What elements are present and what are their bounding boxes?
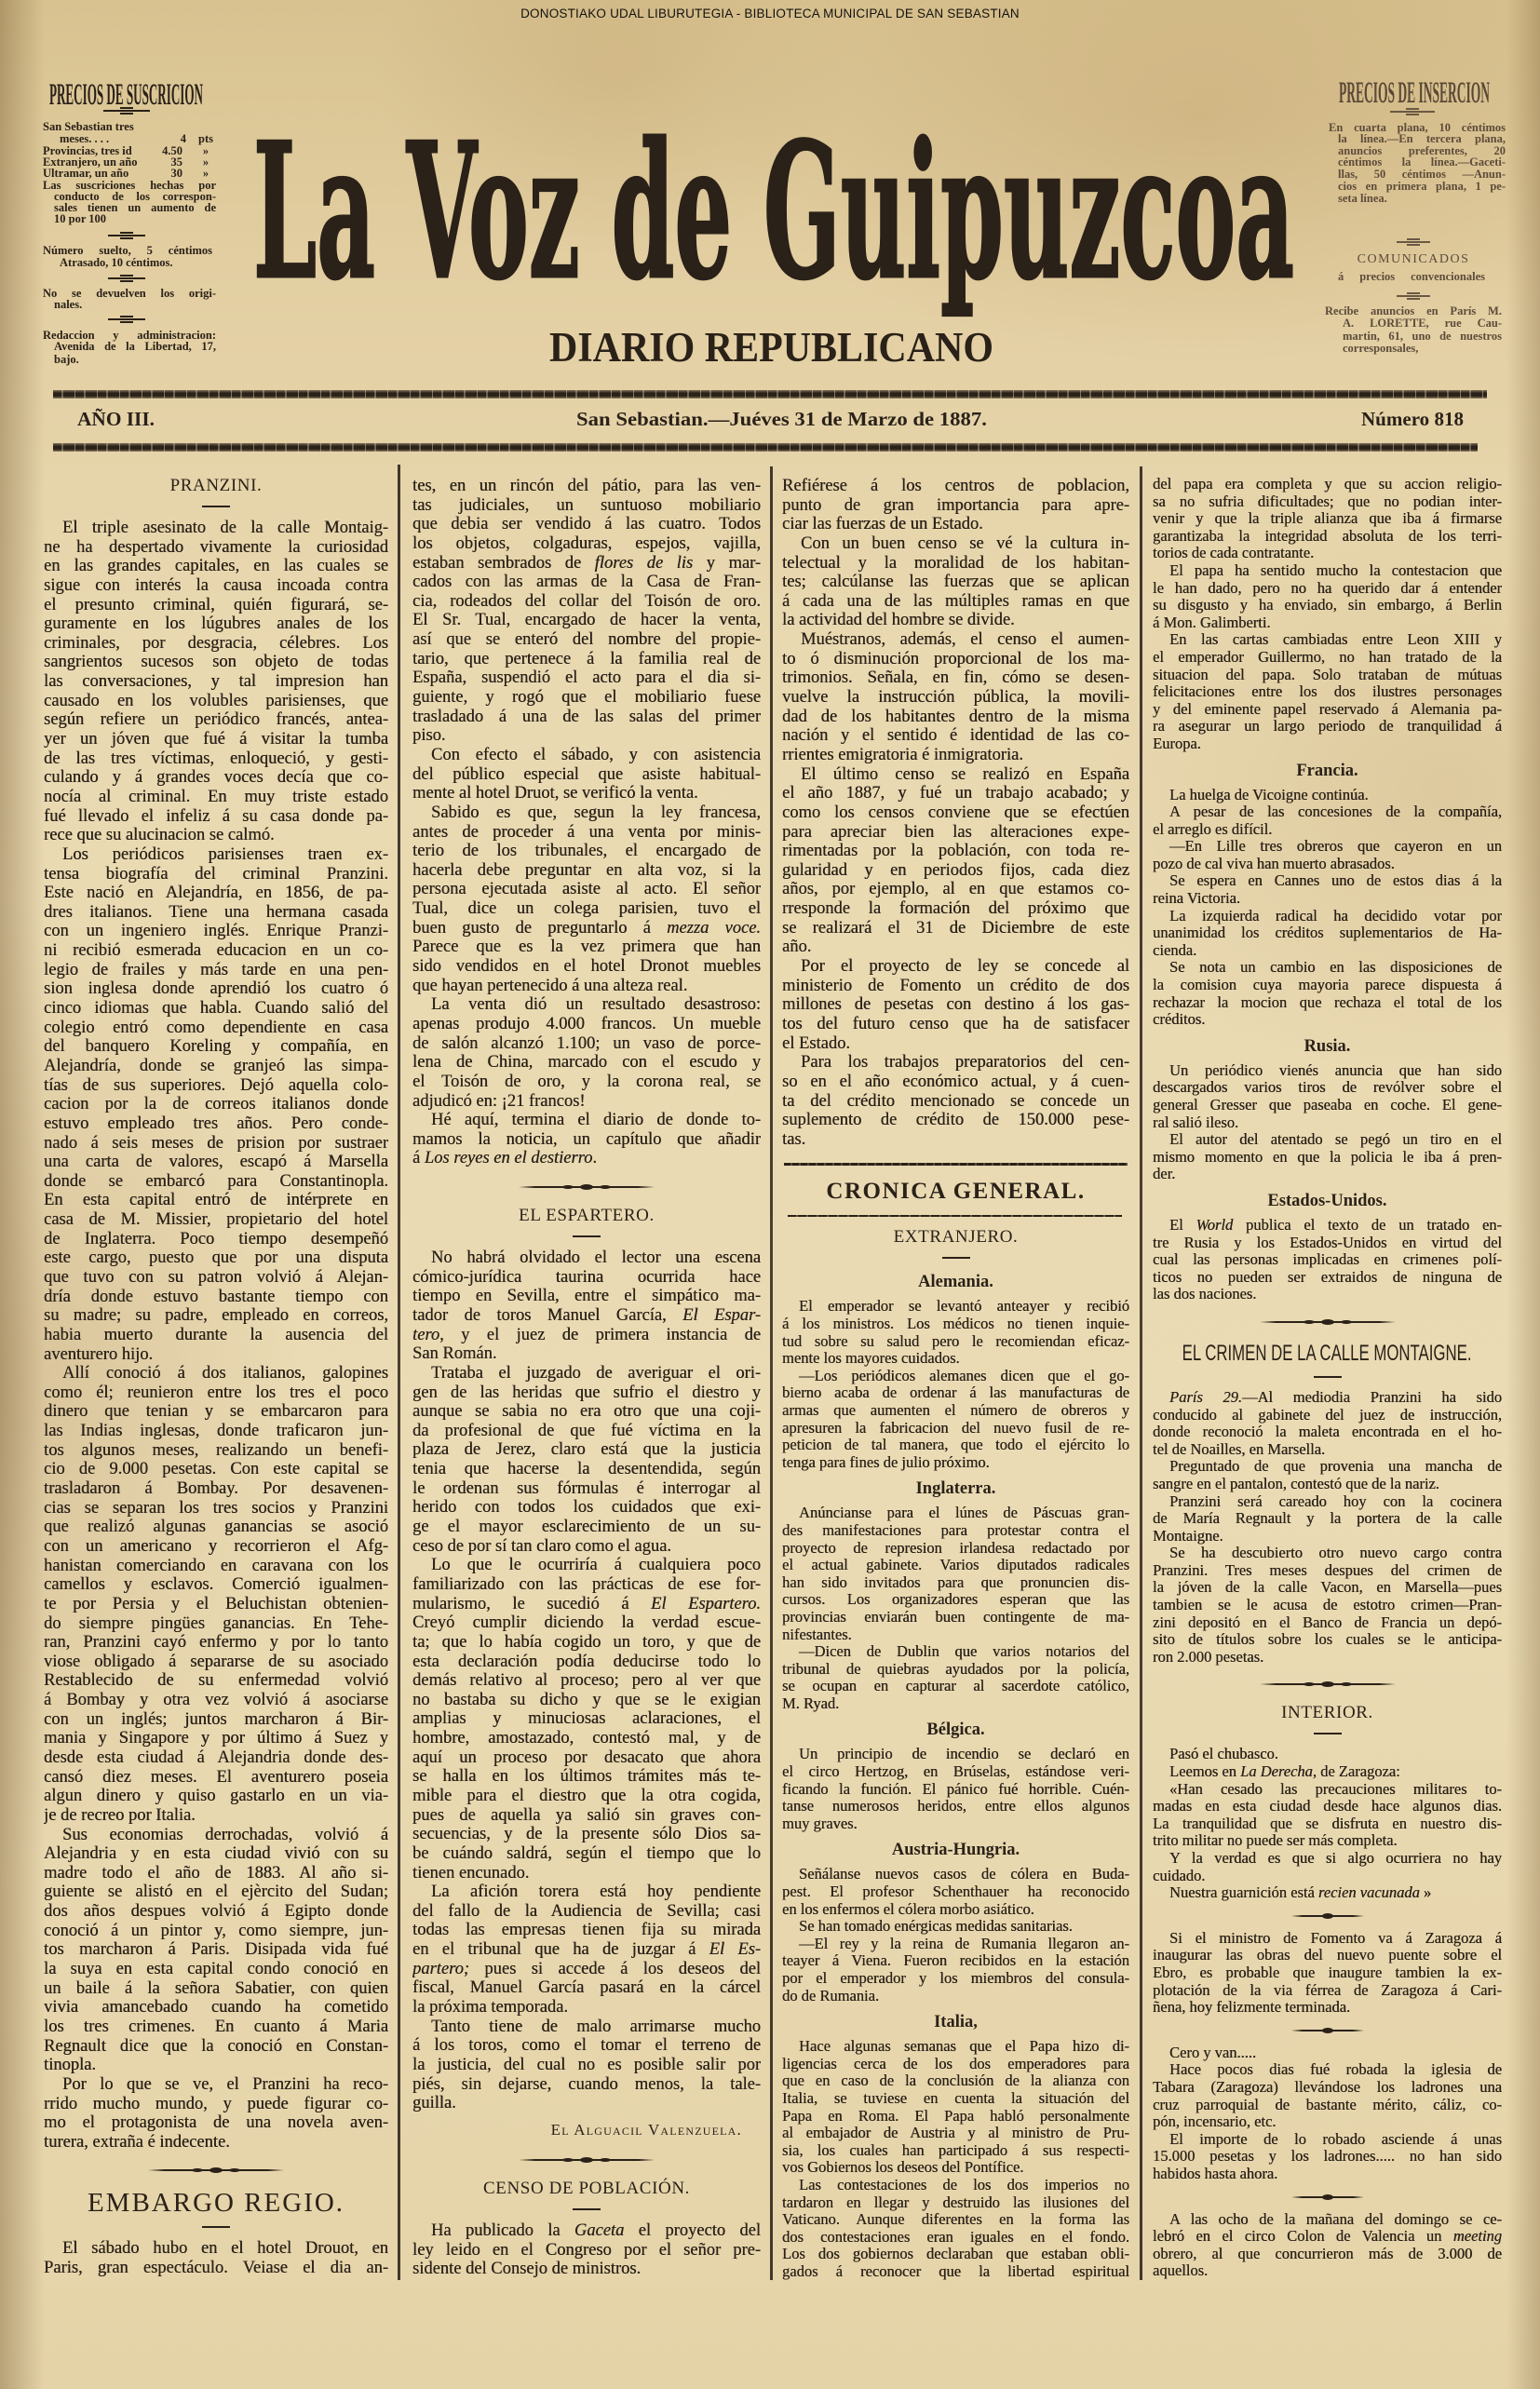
text-line: dría donde estuvo bastante tiempo con [44,1288,388,1307]
section-subheading-text: Inglaterra. [916,1479,996,1498]
heading-rule [412,2199,761,2220]
text-line: Refiérese á los centros de poblacion, [782,477,1129,496]
text-line: ticos no pueden ser extraidos de ninguna… [1153,1269,1502,1287]
article-heading-text: EMBARGO REGIO. [88,2188,344,2218]
text-line: cio de 9.000 pesetas. Con este capital s… [44,1460,388,1479]
text-line: á los toros, como el tomar el terreno de [412,2036,761,2056]
text-line: habidos hasta ahora. [1153,2166,1502,2183]
text-line: España, suspendió el acto para el dia si… [412,668,761,688]
paragraph: Por el proyecto de ley se concede almini… [782,957,1129,1053]
text-line: sion inglesa donde aprendió los cuatro ó [44,979,388,999]
text-line: vos Gobiernos los deseos del Pontífice. [782,2159,1129,2177]
text-line: En las cartas cambiadas entre Leon XIII … [1153,631,1502,649]
paragraph: La afición torera está hoy pendientedel … [412,1883,761,2017]
news-brief: A pesar de las concesiones de la compañí… [1153,803,1502,838]
text-line: los objetos, colgaduras, espejos, vajill… [412,534,761,554]
text-line: tías de sus superiores. Dejó aquella col… [44,1076,388,1096]
text-line: donde reconoció la maleta encontrada en … [1153,1424,1502,1441]
column-divider [1140,466,1142,2280]
text-line: Los periódicos parisienses traen ex- [44,845,388,865]
text-line: el actual gabinete. Varios diputados rad… [782,1557,1129,1574]
single-copy-price: Número suelto, 5 céntimos [43,245,212,257]
text-line: so en el año económico actual, y á cuen- [782,1073,1129,1092]
text-line: sangrientos sucesos son objeto de todas [44,653,388,672]
news-brief: Un principio de incendio se declaró enel… [782,1746,1129,1832]
section-subheading: Inglaterra. [782,1478,1129,1500]
text-line: apenas produjo 4.000 francos. Un mueble [412,1015,761,1034]
text-line: situacion del papa. Solo trataban de mút… [1153,667,1502,684]
heading-rule [44,2217,388,2237]
text-line: bierno acaba de ordenar á las manufactur… [782,1384,1129,1402]
text-line: tenia que hacerse la desentendida, según [412,1460,761,1479]
italic-text: meeting [1453,2228,1502,2245]
text-line: cual las personas implicadas en crimenes… [1153,1251,1502,1269]
text-line: mente al hotel Druot, se verificó la ven… [412,784,761,803]
text-line: estuvo empleado tres años. Pero conde- [44,1114,388,1134]
text-line: le han dado, pero no ha querido dar á en… [1153,580,1502,598]
text-line: para apreciar bien las alteraciones expe… [782,823,1129,843]
text-line: tas. [782,1130,1129,1150]
text-line: apresuren la fabricacion del nuevo fusil… [782,1420,1129,1437]
text-line: El papa ha sentido mucho la contestacion… [1153,562,1502,580]
italic-text: Gaceta [574,2221,624,2240]
text-line: del público especial que asiste habitual… [412,765,761,785]
news-brief: Se han tomado enérgicas medidas sanitari… [782,1918,1129,1936]
text-line: que hayan pertenecido á una alteza real. [412,977,761,996]
text-line: sido vendidos en el hotel Dronot muebles [412,957,761,977]
rate-label: Ultramar, un año [43,168,128,180]
office-address-line: bajo. [54,354,216,366]
bottom-decorative-rule [53,443,1478,452]
text-line: el Toisón de oro, y la corona real, se [412,1073,761,1092]
text-line: á Mon. Galimberti. [1153,614,1502,632]
section-subheading-text: Italia, [934,2013,978,2031]
text-line: ministerio de Fomento un crédito de dos [782,977,1129,996]
text-line: tel de Noailles, en Marsella. [1153,1441,1502,1459]
text-line: camellos y esclavos. Comerció igualmen- [44,1575,388,1595]
text-line: según refiere un periódico francés, ante… [44,710,388,730]
text-line: pozo de cal viva han muerto abrasados. [1153,856,1502,873]
text-line: como él; reunieron entre los tres el poc… [44,1383,388,1403]
text-line: tre Rusia y los Estados-Unidos en virtud… [1153,1235,1502,1252]
news-brief: Nuestra guarnición está recien vacunada … [1153,1884,1502,1902]
ornament-icon [1397,241,1430,243]
text-line: punto de gran importancia para apre- [782,496,1129,516]
text-line: al embajador de Austria y al ministro de… [782,2125,1129,2142]
text-line: á Los reyes en el destierro. [412,1149,761,1168]
section-subheading-text: Austria-Hungria. [892,1841,1020,1859]
text-line: desde esta ciudad á Alejandria donde des… [44,1748,388,1768]
text-line: general Gresser que paseaba en coche. El… [1153,1097,1502,1114]
text-line: San Román. [412,1344,761,1364]
text-line: rresponde la formación del próximo que [782,899,1129,919]
paragraph: Sabido es que, segun la ley francesa,ant… [412,803,761,995]
heading-rule [412,1226,761,1247]
text-line: las Indias inglesas, donde traficaron ju… [44,1422,388,1441]
text-line: cuidado. [1153,1868,1502,1885]
text-line: la próxima temporada. [412,1998,761,2018]
paragraph: Sus economias derrochadas, volvió áAleja… [44,1826,388,2075]
heading-rule [1153,1723,1502,1744]
text-line: habia muerto durante la ausencia del [44,1326,388,1345]
paragraph: Trataba el juzgado de averiguar el ori-g… [412,1364,761,1556]
text-line: Alejandria y en esta ciudad vivió con su [44,1844,388,1864]
ornament-icon [108,235,145,236]
italic-text: El Espar- [682,1306,761,1325]
text-line: cinco idiomas que habla. Cuando salió de… [44,999,388,1019]
text-line: da profesional de que fué víctima en la [412,1422,761,1441]
text-line: cienda. [1153,942,1502,960]
text-line: tas judiciales, un suntuoso mobiliario [412,496,761,516]
paris-agent-line: Recibe anuncios en París M. [1325,305,1502,317]
text-line: de María Regnault y la portera de la cal… [1153,1510,1502,1528]
italic-text: mezza voce. [667,919,761,938]
text-line: gen de las heridas que sufrio el diestro… [412,1383,761,1403]
text-line: Nuestra guarnición está recien vacunada … [1153,1884,1502,1902]
text-line: con un inglés; juntos marcharon á Bir- [44,1710,388,1730]
news-brief: Señálanse nuevos casos de cólera en Buda… [782,1866,1129,1918]
text-line: nifestantes. [782,1626,1129,1644]
text-line: tes, en un rincón del pátio, para las ve… [412,477,761,496]
text-line: á cada una de las múltiples ramas en que [782,592,1129,612]
ornament-icon [108,318,145,320]
text-line: Se ha descubierto otro nuevo cargo contr… [1153,1545,1502,1562]
text-line: el año 1887, y fué un trabajo acabado; y [782,784,1129,803]
news-brief: El papa ha sentido mucho la contestacion… [1153,562,1502,631]
text-line: tario, que pertenece á la familia real d… [412,650,761,669]
newspaper-title: La Voz de Guipuzcoa [253,102,1294,321]
news-brief: —El rey y la reina de Rumania llegaron a… [782,1936,1129,2004]
text-line: plaza de Jerez, claro está que la justic… [412,1440,761,1460]
text-line: felicitaciones entre los dos ilustres pe… [1153,683,1502,701]
news-brief: Se ha descubierto otro nuevo cargo contr… [1153,1545,1502,1666]
text-line: Hace algunas semanas que el Papa hizo di… [782,2038,1129,2056]
ornament-divider [1153,2183,1502,2211]
text-line: la comision cuya mayoria parece dispuest… [1153,977,1502,994]
paris-agent-line: corresponsales, [1343,343,1502,355]
text-line: piés, sin dejarse, cuando menos, la tale… [412,2075,761,2095]
text-line: rece que su alucinacion se calmó. [44,826,388,845]
text-line: Pranzini. Tres meses despues del crimen … [1153,1562,1502,1580]
text-line: gularidad y en periodos fijos, cada diez [782,861,1129,881]
text-line: el Estado. [782,1034,1129,1054]
paragraph: No habrá olvidado el lector una escenacó… [412,1248,761,1364]
text-line: tud sobre su salud pero le recomiendan e… [782,1333,1129,1351]
text-line: así que se enteró del nombre del propie- [412,630,761,650]
section-subheading: Rusia. [1153,1035,1502,1058]
text-line: Italia, se tuviese en cuenta la situació… [782,2090,1129,2108]
text-line: te por Persia y el Beluchistan obtenien- [44,1595,388,1614]
text-line: Por lo que se ve, el Pranzini ha reco- [44,2075,388,2095]
news-brief: Cero y van..... [1153,2045,1502,2062]
text-line: La afición torera está hoy pendiente [412,1883,761,1902]
text-line: ge el mayor esclarecimiento de un su- [412,1518,761,1537]
ornament-divider [44,2152,388,2189]
text-line: Europa. [1153,736,1502,753]
text-line: familiarizado con las prácticas de ese f… [412,1575,761,1595]
year-label: AÑO III. [77,408,155,430]
text-line: tos marcharon á Paris. Disipada vida fué [44,1940,388,1960]
text-line: —Los periódicos alemanes dicen que el go… [782,1368,1129,1385]
text-line: mente los mayores cuidados. [782,1350,1129,1368]
text-line: rechazar la mocion que rechaza el total … [1153,994,1502,1012]
heading-rule [1153,1367,1502,1387]
text-line: Ebro, es probable que inaugure tambien l… [1153,1964,1502,1982]
article-heading: EXTRANJERO. [782,1227,1129,1248]
text-line: ñena, hoy felizmente terminada. [1153,1999,1502,2017]
article-signature-text: El Alguacil Valenzuela. [551,2121,742,2139]
text-line: que tuvo con su patron volvió á Alejan- [44,1268,388,1288]
paragraph: El triple asesinato de la calle Montaig-… [44,519,388,845]
text-line: el arreglo es difícil. [1153,821,1502,839]
text-line: la actividad del hombre se divide. [782,611,1129,630]
text-line: venir y que la triple alianza que iba á … [1153,510,1502,528]
paris-agent-line: martin, 61, uno de nuestros [1343,331,1502,343]
ornament-divider [1153,1303,1502,1341]
section-banner-text: CRONICA GENERAL. [782,1149,1129,1206]
text-line: trimonios. Señala, en fin, cómo se desen… [782,668,1129,688]
section-subheading-text: Alemania. [918,1273,993,1291]
text-line: Y la verdad es que si algo ocurriera no … [1153,1850,1502,1868]
text-line: Parece que es la vez primera que han [412,938,761,957]
column-1: PRANZINI.El triple asesinato de la calle… [44,476,388,2278]
section-subheading: Alemania. [782,1271,1129,1293]
text-line: Señálanse nuevos casos de cólera en Buda… [782,1866,1129,1883]
text-line: nocía al criminal. En muy triste estado [44,788,388,807]
text-line: la suya en esta capital condo conoció en [44,1960,388,1979]
text-line: causado en los volubles parisienses, que [44,692,388,711]
text-line: de las tres víctimas, enloqueció, y gest… [44,749,388,769]
text-line: la jóven de la calle Vacon, en Marsella—… [1153,1579,1502,1597]
advertising-box-title: PRECIOS DE INSERCION [1322,74,1508,112]
text-line: el presunto criminal, quién figurará, se… [44,596,388,615]
text-line: La huelga de Vicoigne continúa. [1153,787,1502,804]
text-line: el emperador Guillermo, no han tratado d… [1153,649,1502,667]
text-line: sangre en el pantalon, contestó que de l… [1153,1476,1502,1493]
text-line: El World publica el texto de un tratado … [1153,1217,1502,1235]
text-line: muy graves. [782,1815,1129,1833]
text-line: dos años despues volvió á Egipto donde [44,1902,388,1922]
text-line: turera, extraña é indecente. [44,2133,388,2153]
article-heading: EL ESPARTERO. [412,1206,761,1226]
paragraph: Ha publicado la Gaceta el proyecto delle… [412,2221,761,2279]
italic-text: flores de lis [595,554,693,573]
text-line: El último censo se realizó en España [782,765,1129,785]
text-line: gados á reconocer que la libertad espiri… [782,2263,1129,2281]
ornament-icon [1390,111,1435,113]
text-line: demás relativo al proceso; pero al ver q… [412,1671,761,1691]
paragraph: Lo que le ocurriría á cualquiera pocofam… [412,1556,761,1883]
column-4: del papa era completa y que su accion re… [1153,476,1502,2280]
ad-rate-line: la línea.—En tercera plana, [1338,133,1506,145]
text-line: cómico-jurídica taurina ocurrida hace [412,1268,761,1288]
text-line: Si el ministro de Fomento va á Zaragoza … [1153,1930,1502,1948]
text-line: Papa en Roma. El Papa habló personalment… [782,2108,1129,2126]
text-line: pón, incensario, etc. [1153,2113,1502,2131]
text-line: El triple asesinato de la calle Montaig- [44,519,388,538]
text-line: las dos naciones. [1153,1286,1502,1303]
italic-text: tero [412,1326,439,1344]
text-line: Vaticano. Aunque diferentes en la forma … [782,2211,1129,2229]
text-line: la justicia, del cual no es posible sali… [412,2056,761,2075]
section-subheading: Italia, [782,2011,1129,2033]
text-line: del fallo de la Audiencia de Sevilla; ca… [412,1902,761,1922]
text-line: provincias enviarán buen contingente de … [782,1609,1129,1626]
text-line: Sus economias derrochadas, volvió á [44,1826,388,1845]
text-line: fué llevado el infeliz á su casa donde p… [44,807,388,827]
column-divider [770,466,773,2280]
text-line: ran, Pranzini cayó enfermo y por lo tant… [44,1633,388,1653]
text-line: tiempo en Sevilla, entre el simpático ma… [412,1287,761,1306]
ornament-icon [103,110,150,112]
text-line: tos algunos meses, realizando un benefi- [44,1441,388,1461]
text-line: su disgusto y ha enviado, sin embargo, á… [1153,597,1502,614]
text-line: tienen encunado. [412,1864,761,1883]
text-line: pues de aquella ya salió sin graves con- [412,1806,761,1826]
text-line: tensa biografía del criminal Pranzini. [44,865,388,884]
text-line: tero, y el juez de primera instancia de [412,1326,761,1345]
text-line: en el tribunal que ha de juzgar á El Es- [412,1940,761,1960]
text-line: cias se separan los tres socios y Pranzi… [44,1499,388,1518]
text-line: rrientes emigratoria é inmigratoria. [782,746,1129,765]
text-line: Ha publicado la Gaceta el proyecto del [412,2221,761,2241]
text-line: ral salió ileso. [1153,1114,1502,1132]
text-line: ron 2.000 pesetas. [1153,1649,1502,1667]
top-decorative-rule [53,390,1487,398]
italic-text: recien vacunada [1318,1884,1420,1901]
news-brief: —En Lille tres obreros que cayeron en un… [1153,838,1502,872]
text-line: que realizó algunas ganancias se asoció [44,1518,388,1537]
text-line: hacerla debe preguntar en alta voz, si l… [412,861,761,881]
text-line: torios de cada contratante. [1153,545,1502,562]
news-brief: El emperador se levantó anteayer y recib… [782,1298,1129,1367]
text-line: su madre; su padre, empleado en correos, [44,1306,388,1326]
text-line: Este nació en Alejandría, en 1856, de pa… [44,884,388,903]
text-line: peticion de tal manera, que todo el ejér… [782,1437,1129,1454]
article-heading: CENSO DE POBLACIÓN. [412,2179,761,2199]
heading-rule [44,496,388,517]
text-line: se halla en los últimos trámites más te- [412,1767,761,1787]
news-brief: París 29.—Al mediodia Pranzini ha sidoco… [1153,1389,1502,1458]
text-line: de salón alcanzó 1.100; un vaso de porce… [412,1034,761,1054]
text-line: sidente del Consejo de ministros. [412,2260,761,2279]
news-brief: El World publica el texto de un tratado … [1153,1217,1502,1303]
text-line: trasladaron á Bombay. Por desavenen- [44,1479,388,1499]
rate-amount: 4 [181,133,186,145]
heading-rule [782,1248,1129,1268]
text-line: Un principio de incendio se declaró en [782,1746,1129,1763]
ornament-divider [1153,2017,1502,2045]
article-heading: INTERIOR. [1153,1703,1502,1723]
news-brief: Preguntado de que provenia una mancha de… [1153,1458,1502,1492]
article-heading-text: EL CRIMEN DE LA CALLE MONTAIGNE. [1182,1341,1472,1367]
ornament-divider [1153,1666,1502,1703]
text-line: donde se embarcó para Constantinopla. [44,1172,388,1192]
text-line: Tanto tiene de malo arrimarse mucho [412,2018,761,2037]
text-line: ta del crédito mencionado se concede un [782,1092,1129,1112]
advertising-box: PRECIOS DE INSERCION En cuarta plana, 10… [1322,74,1508,363]
correspondent-note-line: 10 por 100 [54,213,216,225]
paragraph: Con efecto el sábado, y con asistenciade… [412,746,761,803]
text-line: Para los trabajos preparatorios del cen- [782,1053,1129,1073]
text-line: El Sr. Tual, encargado de hacer la venta… [412,611,761,630]
text-line: dos contestaciones eran iguales en el fo… [782,2229,1129,2247]
text-line: cia, rodeados del collar del Toisón de o… [412,592,761,612]
text-line: obrero, al que concurrieron más de 3.000… [1153,2246,1502,2263]
text-line: La izquierda radical ha decidido votar p… [1153,908,1502,925]
text-line: ligencias cerca de los dos emperadores p… [782,2056,1129,2073]
paris-agent-line: A. LORETTE, rue Cau- [1343,317,1502,330]
text-line: estaban sembrados de flores de lis y mar… [412,554,761,574]
text-line: vivia amancebado cuando ha cometido [44,1998,388,2018]
text-line: Con efecto el sábado, y con asistencia [412,746,761,765]
text-line: El autor del atentado se pegó un tiro en… [1153,1131,1502,1149]
text-line: á los ministros. Los médicos no tienen i… [782,1316,1129,1333]
text-line: aquellos. [1153,2262,1502,2280]
text-line: lena de China, marcado con el escudo y [412,1053,761,1073]
text-line: culando y á grandes voces decía que co- [44,768,388,788]
text-line: ta; que lo había cogido un toro, y que d… [412,1633,761,1653]
section-subheading: Francia. [1153,760,1502,782]
text-line: Anúncianse para el lúnes de Páscuas gran… [782,1505,1129,1522]
italic-text: París 29. [1169,1389,1242,1406]
news-brief: Las contestaciones de los dos imperios n… [782,2177,1129,2281]
text-line: lebró en el circo Colon de Valencia un m… [1153,2228,1502,2246]
text-line: El emperador se levantó anteayer y recib… [782,1298,1129,1316]
news-brief: Y la verdad es que si algo ocurriera no … [1153,1850,1502,1884]
text-line: Pranzini será careado hoy con la cociner… [1153,1493,1502,1511]
text-line: del banquero Koreling y compañía, en [44,1037,388,1057]
ornament-divider [1153,1902,1502,1930]
paragraph: Los periódicos parisienses traen ex-tens… [44,845,388,1364]
text-line: por el emperador y los miembros del cons… [782,1970,1129,1988]
text-line: una carta de valores, escapó á Marsella [44,1153,388,1172]
text-line: tinopla. [44,2056,388,2075]
paragraph: Muéstranos, además, el censo el aumen-to… [782,630,1129,764]
text-line: hombre, amostazado, contestó mal, y de [412,1729,761,1748]
text-line: este cargo, puesto que por una disputa [44,1248,388,1268]
text-line: esta declaración podía deducirse todo lo [412,1653,761,1672]
news-brief: En las cartas cambiadas entre Leon XIII … [1153,631,1502,752]
article-signature: El Alguacil Valenzuela. [412,2119,761,2141]
text-line: herido con todos los cuidados que exi- [412,1498,761,1518]
text-line: conducido al gabinete del juez de instru… [1153,1407,1502,1424]
text-line: trito militar no puede ser más completa. [1153,1832,1502,1850]
news-brief: Hace algunas semanas que el Papa hizo di… [782,2038,1129,2177]
news-brief: Un periódico vienés anuncia que han sido… [1153,1062,1502,1131]
text-line: plotación de la via férrea de Zaragoza á… [1153,1982,1502,2000]
text-line: Por el proyecto de ley se concede al [782,957,1129,977]
advertising-title-text: PRECIOS DE INSERCION [1339,76,1490,110]
article-heading-text: PRANZINI. [170,476,263,495]
text-line: reina Victoria. [1153,890,1502,908]
text-line: París 29.—Al mediodia Pranzini ha sido [1153,1389,1502,1407]
news-brief: El importe de lo robado asciende á unas1… [1153,2131,1502,2183]
dateline: AÑO III. San Sebastian.—Juéves 31 de Mar… [0,400,1540,438]
rate-row-san-sebastian-cont: meses. . . . 4 pts [60,133,236,145]
news-brief: Pranzini será careado hoy con la cociner… [1153,1493,1502,1545]
text-line: partero; pues si accede á los deseos del [412,1960,761,1979]
text-line: Montaigne. [1153,1528,1502,1545]
text-line: madas en esta ciudad desde hace algunos … [1153,1798,1502,1815]
subscription-box: PRECIOS DE SUSCRICION San Sebastian tres… [43,74,220,372]
text-line: le ordenan sus fórmulas é interrogar al [412,1479,761,1499]
text-line: Leemos en La Derecha, de Zaragoza: [1153,1763,1502,1781]
news-brief: «Han cesado las precauciones militares t… [1153,1781,1502,1850]
text-line: ni recibió esmerada educacion en un co- [44,941,388,961]
text-line: Creyó cumplir diciendo la verdad escue- [412,1613,761,1633]
text-line: legio de frailes y más tarde en una pen- [44,961,388,980]
